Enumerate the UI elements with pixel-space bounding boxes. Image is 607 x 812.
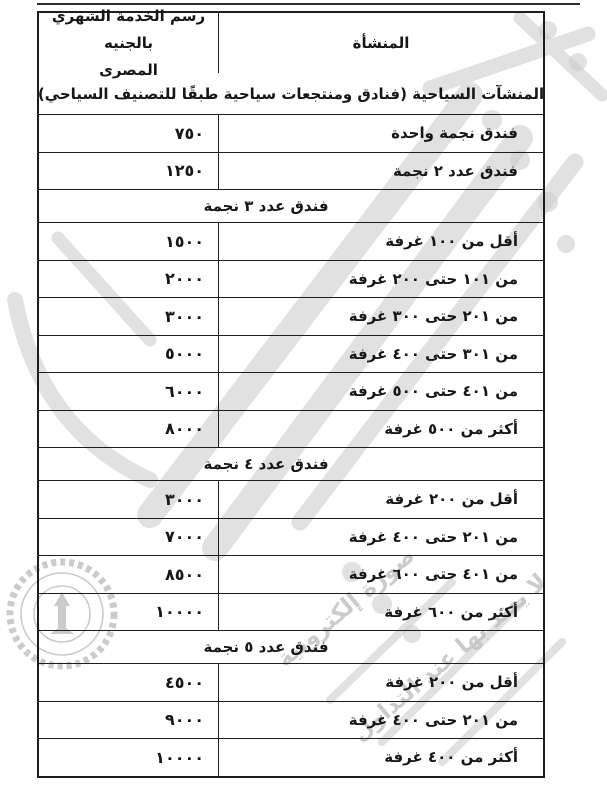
table-row: من ٤٠١ حتى ٦٠٠ غرفة٨٥٠٠ bbox=[39, 555, 543, 593]
section-header-row: فندق عدد ٣ نجمة bbox=[39, 189, 543, 222]
establishment-cell: من ٣٠١ حتى ٤٠٠ غرفة bbox=[218, 336, 543, 373]
scanned-document-page: صورة إلكترونية لا يعتد بها عند التداول ا… bbox=[0, 0, 607, 812]
table-row: أقل من ٢٠٠ غرفة٤٥٠٠ bbox=[39, 663, 543, 701]
establishment-cell: أقل من ١٠٠ غرفة bbox=[218, 223, 543, 260]
establishment-cell: أكثر من ٤٠٠ غرفة bbox=[218, 739, 543, 776]
establishment-cell: أكثر من ٦٠٠ غرفة bbox=[218, 594, 543, 631]
establishment-cell: أكثر من ٥٠٠ غرفة bbox=[218, 411, 543, 448]
fee-value-cell: ٨٥٠٠ bbox=[39, 556, 218, 593]
fee-value-cell: ٣٠٠٠ bbox=[39, 298, 218, 335]
table-row: من ٢٠١ حتى ٣٠٠ غرفة٣٠٠٠ bbox=[39, 297, 543, 335]
fee-value-cell: ١٠٠٠٠ bbox=[39, 739, 218, 776]
establishment-cell: من ٢٠١ حتى ٤٠٠ غرفة bbox=[218, 702, 543, 739]
table-row: من ٢٠١ حتى ٤٠٠ غرفة٩٠٠٠ bbox=[39, 701, 543, 739]
fee-value-cell: ٣٠٠٠ bbox=[39, 481, 218, 518]
fee-value-cell: ١٢٥٠ bbox=[39, 153, 218, 190]
table-row: أقل من ١٠٠ غرفة١٥٠٠ bbox=[39, 222, 543, 260]
section-title: فندق عدد ٣ نجمة bbox=[203, 197, 328, 215]
fee-header-cell: رسم الخدمة الشهري بالجنيه المصرى bbox=[39, 13, 218, 73]
establishment-cell: من ١٠١ حتى ٢٠٠ غرفة bbox=[218, 261, 543, 298]
fee-value-cell: ٧٥٠ bbox=[39, 115, 218, 152]
establishment-cell: فندق عدد ٢ نجمة bbox=[218, 153, 543, 190]
fee-value-cell: ٩٠٠٠ bbox=[39, 702, 218, 739]
fee-value-cell: ٤٥٠٠ bbox=[39, 664, 218, 701]
table-header-row: المنشأة رسم الخدمة الشهري بالجنيه المصرى bbox=[39, 13, 543, 73]
table-row: فندق عدد ٢ نجمة١٢٥٠ bbox=[39, 152, 543, 190]
establishment-header-cell: المنشأة bbox=[218, 13, 543, 73]
table-row: أقل من ٢٠٠ غرفة٣٠٠٠ bbox=[39, 480, 543, 518]
fee-header-line2: المصرى bbox=[99, 57, 158, 84]
table-body: المنشآت السياحية (فنادق ومنتجعات سياحية … bbox=[39, 73, 543, 776]
establishment-cell: أقل من ٢٠٠ غرفة bbox=[218, 481, 543, 518]
section-title: فندق عدد ٤ نجمة bbox=[203, 455, 328, 473]
fee-value-cell: ٨٠٠٠ bbox=[39, 411, 218, 448]
fee-value-cell: ٧٠٠٠ bbox=[39, 519, 218, 556]
page-top-rule bbox=[37, 3, 580, 5]
fee-schedule-table: المنشأة رسم الخدمة الشهري بالجنيه المصرى… bbox=[37, 11, 545, 778]
section-header-row: فندق عدد ٤ نجمة bbox=[39, 447, 543, 480]
establishment-cell: فندق نجمة واحدة bbox=[218, 115, 543, 152]
table-row: من ١٠١ حتى ٢٠٠ غرفة٢٠٠٠ bbox=[39, 260, 543, 298]
fee-value-cell: ٥٠٠٠ bbox=[39, 336, 218, 373]
fee-value-cell: ٢٠٠٠ bbox=[39, 261, 218, 298]
establishment-cell: من ٤٠١ حتى ٦٠٠ غرفة bbox=[218, 556, 543, 593]
establishment-cell: من ٢٠١ حتى ٣٠٠ غرفة bbox=[218, 298, 543, 335]
table-row: فندق نجمة واحدة٧٥٠ bbox=[39, 114, 543, 152]
establishment-cell: من ٤٠١ حتى ٥٠٠ غرفة bbox=[218, 373, 543, 410]
establishment-cell: أقل من ٢٠٠ غرفة bbox=[218, 664, 543, 701]
fee-header-line1: رسم الخدمة الشهري بالجنيه bbox=[41, 3, 216, 57]
fee-value-cell: ٦٠٠٠ bbox=[39, 373, 218, 410]
table-row: من ٢٠١ حتى ٤٠٠ غرفة٧٠٠٠ bbox=[39, 518, 543, 556]
fee-value-cell: ١٥٠٠ bbox=[39, 223, 218, 260]
category-title: المنشآت السياحية (فنادق ومنتجعات سياحية … bbox=[38, 85, 544, 103]
table-row: أكثر من ٦٠٠ غرفة١٠٠٠٠ bbox=[39, 593, 543, 631]
table-row: أكثر من ٥٠٠ غرفة٨٠٠٠ bbox=[39, 410, 543, 448]
section-header-row: فندق عدد ٥ نجمة bbox=[39, 630, 543, 663]
table-row: من ٣٠١ حتى ٤٠٠ غرفة٥٠٠٠ bbox=[39, 335, 543, 373]
section-title: فندق عدد ٥ نجمة bbox=[203, 638, 328, 656]
fee-value-cell: ١٠٠٠٠ bbox=[39, 594, 218, 631]
table-row: أكثر من ٤٠٠ غرفة١٠٠٠٠ bbox=[39, 738, 543, 776]
table-row: من ٤٠١ حتى ٥٠٠ غرفة٦٠٠٠ bbox=[39, 372, 543, 410]
establishment-cell: من ٢٠١ حتى ٤٠٠ غرفة bbox=[218, 519, 543, 556]
